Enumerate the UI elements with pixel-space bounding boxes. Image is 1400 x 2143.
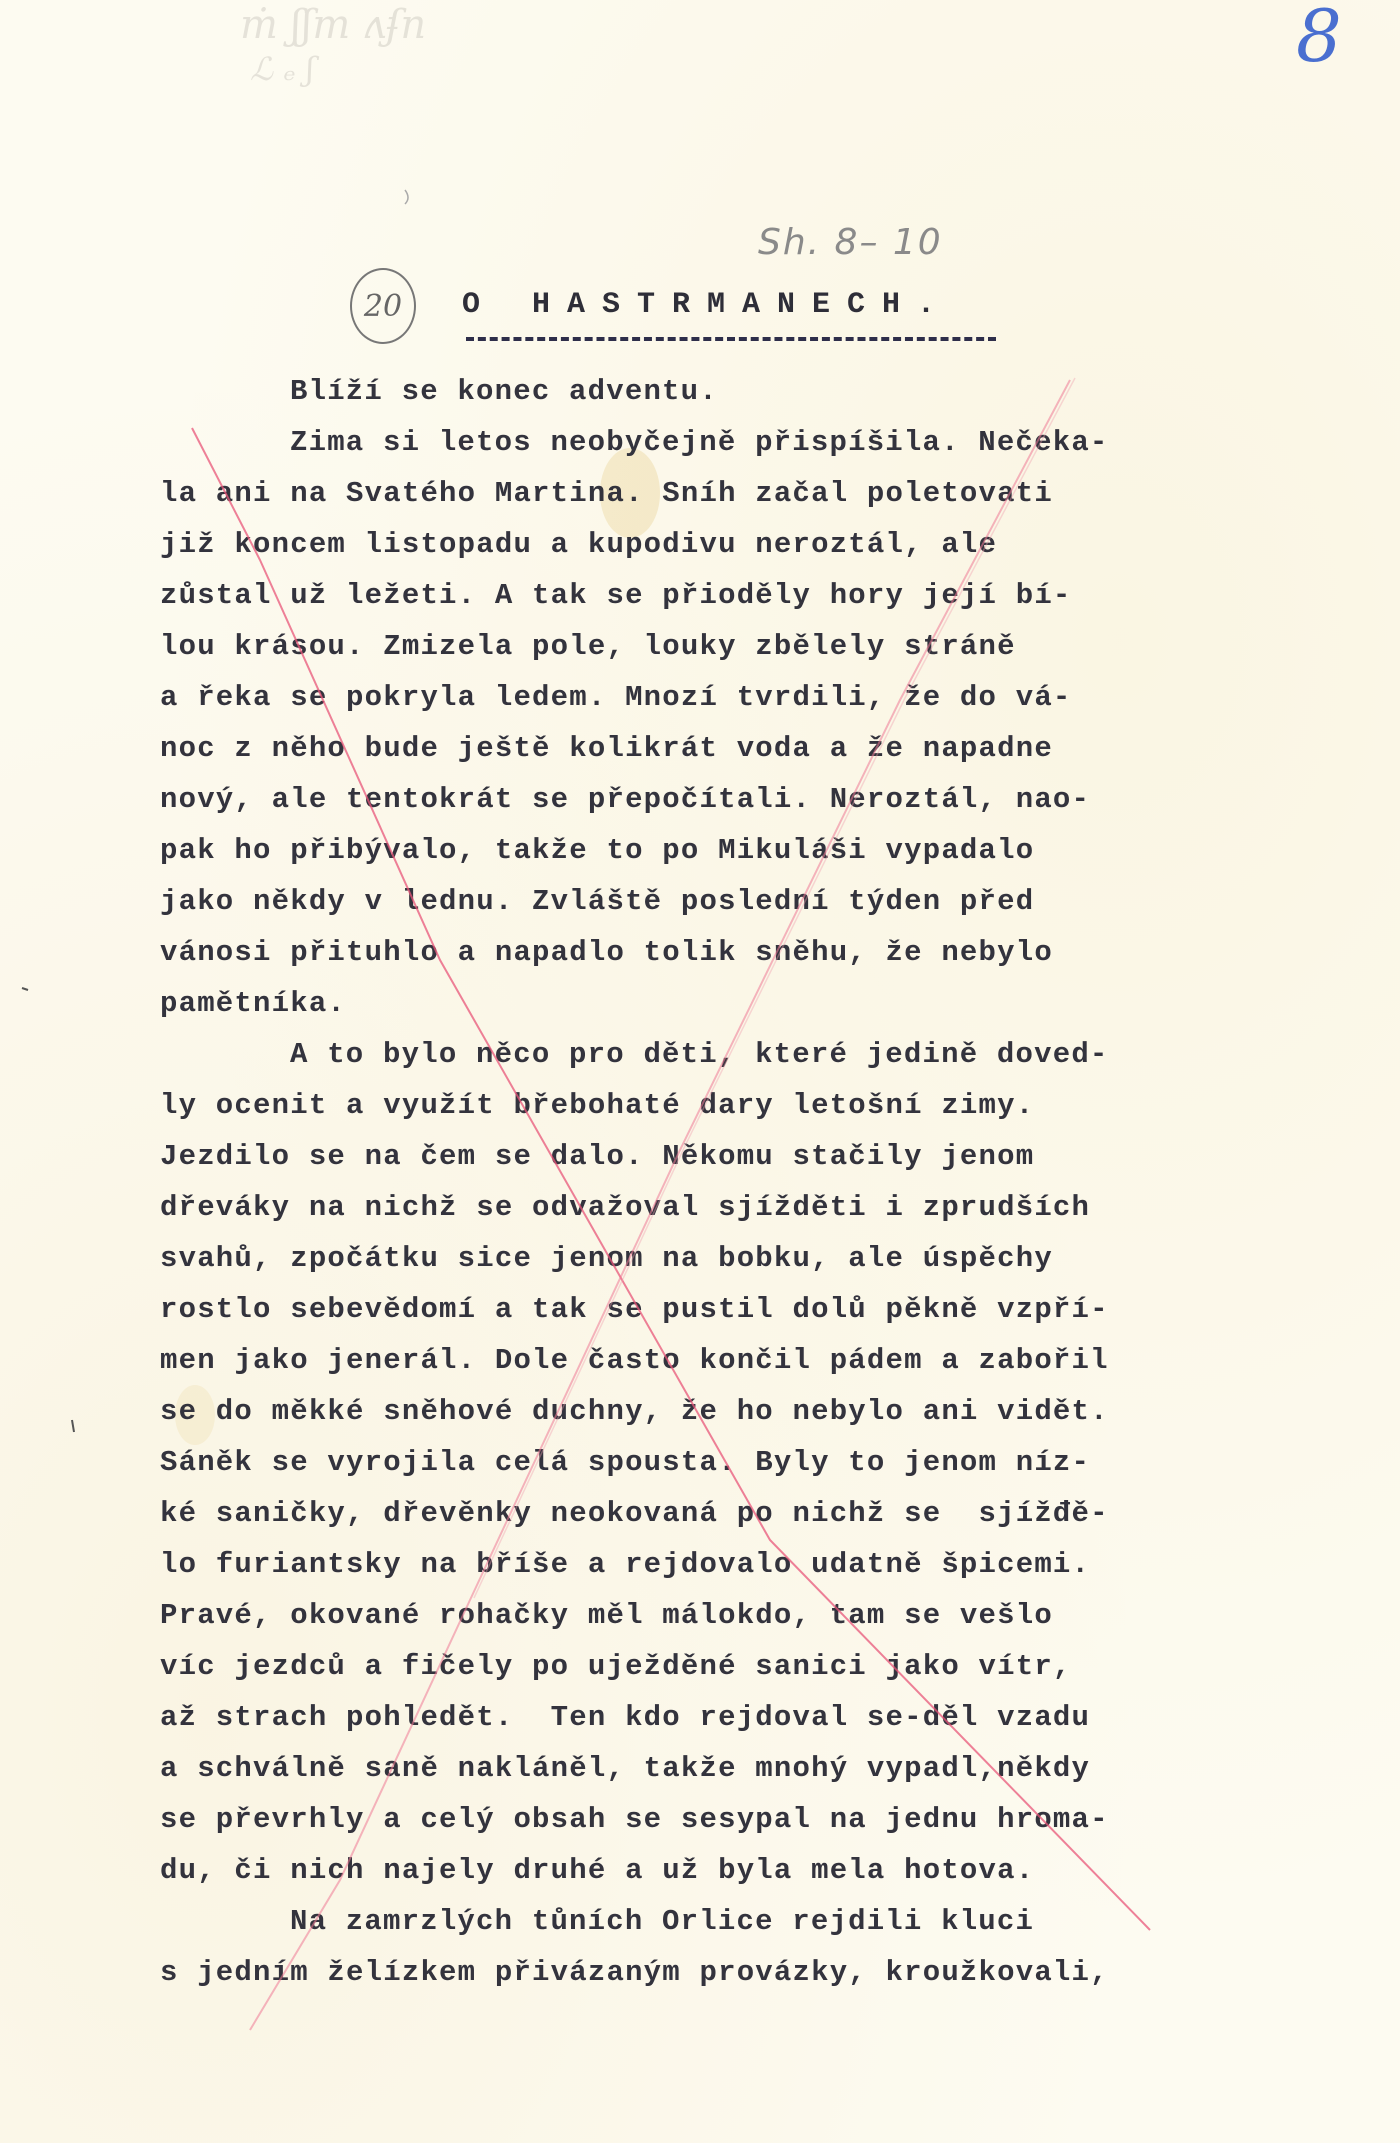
red-pencil-strike-marks: [0, 0, 1400, 2143]
document-page: ṁ ʃʃm ʌʄn ℒ ₑ ʃ 8 Sh. 8– 10 20 O HASTRMA…: [0, 0, 1400, 2143]
